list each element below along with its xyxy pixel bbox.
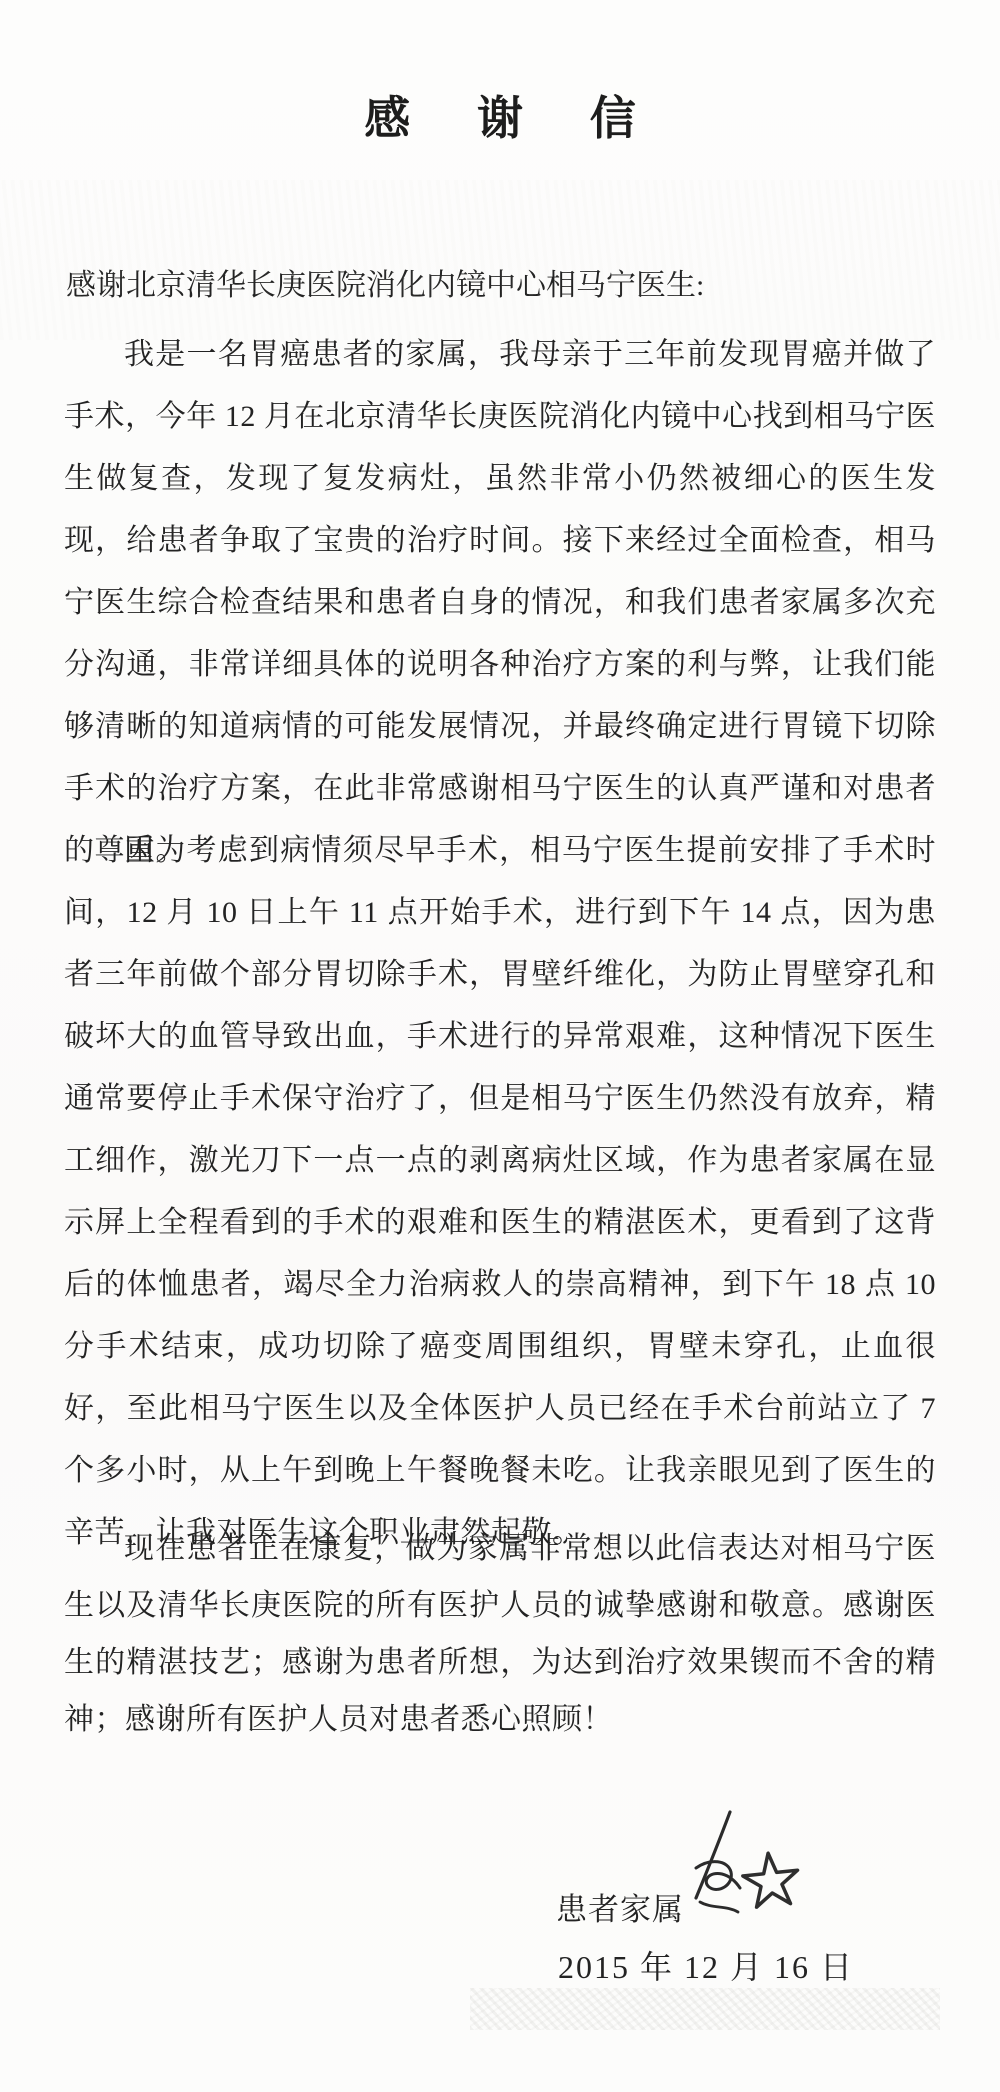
letter-paragraph-1: 我是一名胃癌患者的家属，我母亲于三年前发现胃癌并做了手术，今年 12 月在北京清…: [64, 324, 936, 882]
star-icon: [737, 1845, 806, 1917]
letter-salutation: 感谢北京清华长庚医院消化内镜中心相马宁医生:: [66, 266, 946, 306]
paper-grain-texture: [0, 180, 1000, 340]
scanned-letter-page: 感 谢 信 感谢北京清华长庚医院消化内镜中心相马宁医生: 我是一名胃癌患者的家属…: [0, 0, 1000, 2092]
letter-date: 2015 年 12 月 16 日: [558, 1942, 854, 1988]
letter-paragraph-3: 现在患者正在康复，做为家属非常想以此信表达对相马宁医生以及清华长庚医院的所有医护…: [64, 1520, 936, 1748]
letter-title: 感 谢 信: [0, 82, 1000, 148]
signature-label: 患者家属: [556, 1884, 684, 1929]
scan-noise-band: [470, 1988, 940, 2030]
letter-paragraph-2: 因为考虑到病情须尽早手术，相马宁医生提前安排了手术时间，12 月 10 日上午 …: [64, 820, 936, 1564]
